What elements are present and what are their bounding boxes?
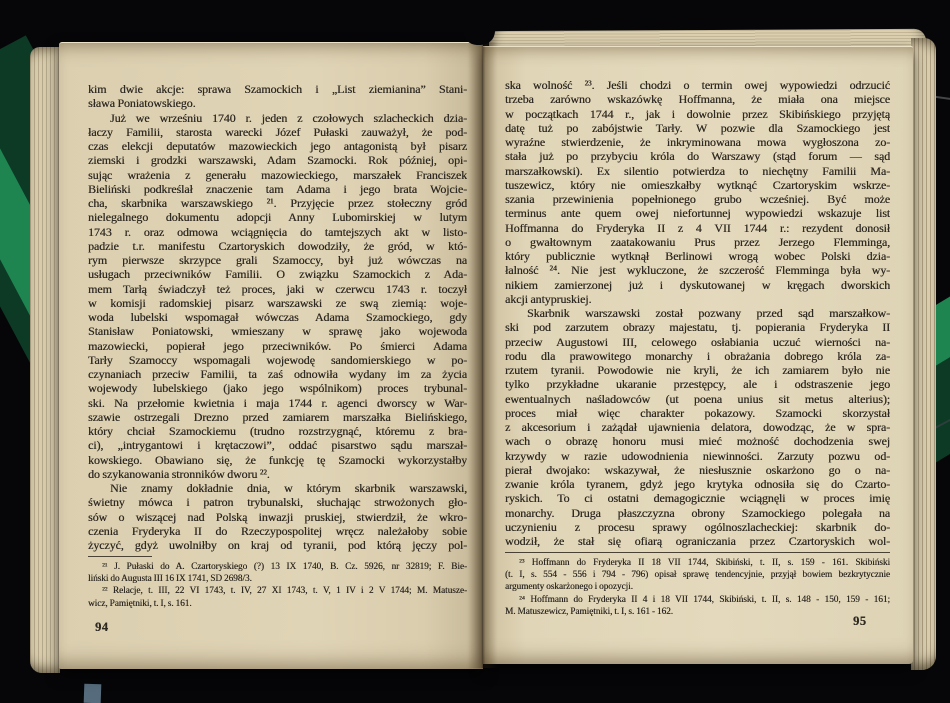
- text-line: krzywdy w razie udowodnienia niewinności…: [505, 449, 890, 463]
- text-line: akcji antypruskiej.: [505, 292, 890, 306]
- text-line: w początkach 1744 r., jak i dowolnie prz…: [505, 107, 890, 121]
- scan-background: kim dwie akcje: sprawa Szamockich i „Lis…: [0, 0, 950, 703]
- text-line: proces miał więc charakter pokazowy. Sza…: [505, 406, 890, 420]
- open-book: kim dwie akcje: sprawa Szamockich i „Lis…: [0, 0, 950, 703]
- text-line: ryskich. To ci ostatni demagogicznie wci…: [505, 491, 890, 505]
- text-line: trzeba zarówno wskazówkę Hoffmanna, że m…: [505, 92, 890, 106]
- text-line: szawie ostrzegali Drezno przed zamiarem …: [88, 410, 467, 424]
- text-line: sując wrażenia z generału mazowieckiego,…: [88, 168, 467, 182]
- page-stack-left-edge: [30, 47, 60, 673]
- text-line: rodu dla prawowitego monarchy i obrażani…: [505, 349, 890, 363]
- text-line: sów o wiszącej nad Polską inwazji pruski…: [88, 510, 467, 524]
- text-line: ewentualnych naśladowców (ut poena unius…: [505, 392, 890, 406]
- text-line: do szykanowania stronników dworu ²².: [88, 467, 467, 481]
- text-line: łaczy Familii, starosta warecki Józef Pu…: [88, 125, 467, 139]
- text-line: czenia Fryderyka II do Rzeczypospolitej …: [88, 524, 467, 538]
- text-line: nikiem zamierzonej już i dyskutowanej w …: [505, 278, 890, 292]
- left-footnote-rule: [88, 556, 152, 557]
- text-line: wodził, że stał się ofiarą ograniczania …: [505, 534, 890, 548]
- right-page-body-text: ska wolność ²³. Jeśli chodzi o termin ow…: [505, 78, 890, 548]
- text-line: ska wolność ²³. Jeśli chodzi o termin ow…: [505, 78, 890, 92]
- text-line: który chciał Szamockiemu (trudno rozstrz…: [88, 424, 467, 438]
- left-page: kim dwie akcje: sprawa Szamockich i „Lis…: [59, 42, 483, 669]
- text-line: czynaniach przeciw Familii, ta zaś odnow…: [88, 367, 467, 381]
- text-line: wojewody lubelskiego (jako jego wspólnik…: [88, 381, 467, 395]
- text-line: z akcesorium i zażądał ujawnienia delato…: [505, 420, 890, 434]
- text-line: monarchy. Druga płaszczyzna obrony Szamo…: [505, 506, 890, 520]
- text-line: datę tuż po zabójstwie Tarły. W pozwie d…: [505, 121, 890, 135]
- text-line: Już we wrześniu 1740 r. jeden z czołowyc…: [88, 111, 467, 125]
- text-line: cha, skarbnika warszawskiego ²¹. Przyjęc…: [88, 196, 467, 210]
- footnote-line: (t. I, s. 554 - 556 i 794 - 796) opisał …: [505, 569, 890, 581]
- right-page-footnotes: ²³ Hoffmann do Fryderyka II 18 VII 1744,…: [505, 557, 890, 617]
- text-line: Stanisław Poniatowski, wmieszany w spraw…: [88, 324, 467, 338]
- text-line: Skarbnik warszawski został pozwany przed…: [505, 306, 890, 320]
- text-line: rzutem tyranii. Powodowie nie kryli, że …: [505, 363, 890, 377]
- text-line: Hoffmanna do Fryderyka II z 4 VII 1744 r…: [505, 221, 890, 235]
- footnote-line: ²² Relacje, t. III, 22 VI 1743, t. IV, 2…: [88, 585, 467, 597]
- footnote-line: liński do Augusta III 16 IX 1741, SD 269…: [88, 573, 467, 585]
- text-line: o gwałtownym zaatakowaniu Prus przez Jer…: [505, 235, 890, 249]
- text-line: zwanie króla tyranem, gdyż jego krytyka …: [505, 477, 890, 491]
- text-line: życzyć, gdyż uwolniłby on kraj od tyrani…: [88, 538, 467, 552]
- text-line: woda lubelski wspomagał wówczas Adama Sz…: [88, 310, 467, 324]
- text-line: padzie t.r. manifestu Czartoryskich dowo…: [88, 239, 467, 253]
- text-line: kim dwie akcje: sprawa Szamockich i „Lis…: [88, 82, 467, 96]
- text-line: czas elekcji deputatów mazowieckich jego…: [88, 139, 467, 153]
- text-line: marszałkowski). Ex silentio potwierdza t…: [505, 164, 890, 178]
- text-line: w komisji radomskiej pisarz warszawski z…: [88, 296, 467, 310]
- footnote-line: ²³ Hoffmann do Fryderyka II 18 VII 1744,…: [505, 557, 890, 569]
- text-line: terminus ante quem owej niefortunnej wyp…: [505, 206, 890, 220]
- text-line: sława Poniatowskiego.: [88, 96, 467, 110]
- footnote-line: wicz, Pamiętniki, t. I, s. 161.: [88, 598, 467, 610]
- text-line: ci), „intrygantowi i krętaczowi”, oddać …: [88, 438, 467, 452]
- right-page: ska wolność ²³. Jeśli chodzi o termin ow…: [483, 46, 913, 664]
- left-page-footnotes: ²¹ J. Pułaski do A. Czartoryskiego (?) 1…: [88, 561, 467, 609]
- text-line: uczynieniu z procesu sprawy ogólnoszlach…: [505, 520, 890, 534]
- footnote-line: ²⁴ Hoffmann do Fryderyka II 4 i 18 VII 1…: [505, 594, 890, 606]
- text-line: przeciw Augustowi III, celowego osłabian…: [505, 335, 890, 349]
- text-line: pierał dwojako: wskazywał, że niesłuszni…: [505, 463, 890, 477]
- text-line: ski. Na przełomie kwietnia i maja 1744 r…: [88, 396, 467, 410]
- footnote-line: ²¹ J. Pułaski do A. Czartoryskiego (?) 1…: [88, 561, 467, 573]
- text-line: ski pod zarzutem obrazy majestatu, tj. p…: [505, 320, 890, 334]
- text-line: nielegalnego dokumentu adopcji Anny Lubo…: [88, 210, 467, 224]
- text-line: kowskiego. Obawiano się, że funkcję tę S…: [88, 453, 467, 467]
- text-line: stała już po przybyciu króla do Warszawy…: [505, 149, 890, 163]
- text-line: Nie znamy dokładnie dnia, w którym skarb…: [88, 481, 467, 495]
- text-line: mazowiecki, popierał jego przeciwników. …: [88, 339, 467, 353]
- right-page-number: 95: [853, 614, 867, 629]
- footnote-line: M. Matuszewicz, Pamiętniki, t. I, s. 161…: [505, 606, 890, 618]
- text-line: wyraźne stwierdzenie, że inkryminowana m…: [505, 135, 890, 149]
- text-line: Bieliński podkreślał znaczenie tam Adama…: [88, 182, 467, 196]
- left-page-column: kim dwie akcje: sprawa Szamockich i „Lis…: [88, 82, 467, 610]
- left-page-number: 94: [95, 620, 109, 635]
- right-footnote-rule: [505, 552, 890, 553]
- text-line: tuszewicz, który nie omieszkałby wytknąć…: [505, 178, 890, 192]
- text-line: łalność ²⁴. Nie jest wykluczone, że szcz…: [505, 263, 890, 277]
- text-line: usługach przeciwników Familii. O związku…: [88, 267, 467, 281]
- text-line: 1743 r. oraz odmowa wciągnięcia do tamte…: [88, 225, 467, 239]
- text-line: wach o obrazę honoru musi mieć możność d…: [505, 434, 890, 448]
- text-line: Tarły Szamoccy wspomagali wojewodę sando…: [88, 353, 467, 367]
- text-line: który publicznie wytknął Berlinowi wrogą…: [505, 249, 890, 263]
- footnote-line: argumenty oskarżonego i opozycji.: [505, 581, 890, 593]
- text-line: rym pierwsze skrzypce grali Szamoccy, by…: [88, 253, 467, 267]
- text-line: szania przewinienia popełnionego grubo w…: [505, 192, 890, 206]
- text-line: mem Tarłą świadczył też proces, jaki w c…: [88, 282, 467, 296]
- page-stack-right-edge: [911, 38, 936, 670]
- text-line: świetny mówca i patron trybunalski, słuc…: [88, 495, 467, 509]
- right-page-column: ska wolność ²³. Jeśli chodzi o termin ow…: [505, 78, 890, 618]
- text-line: ziemski i grodzki warszawski, Adam Szamo…: [88, 153, 467, 167]
- left-page-body-text: kim dwie akcje: sprawa Szamockich i „Lis…: [88, 82, 467, 552]
- book-gutter-notch: [463, 20, 495, 45]
- text-line: tylko przykładne ukaranie przestępcy, al…: [505, 377, 890, 391]
